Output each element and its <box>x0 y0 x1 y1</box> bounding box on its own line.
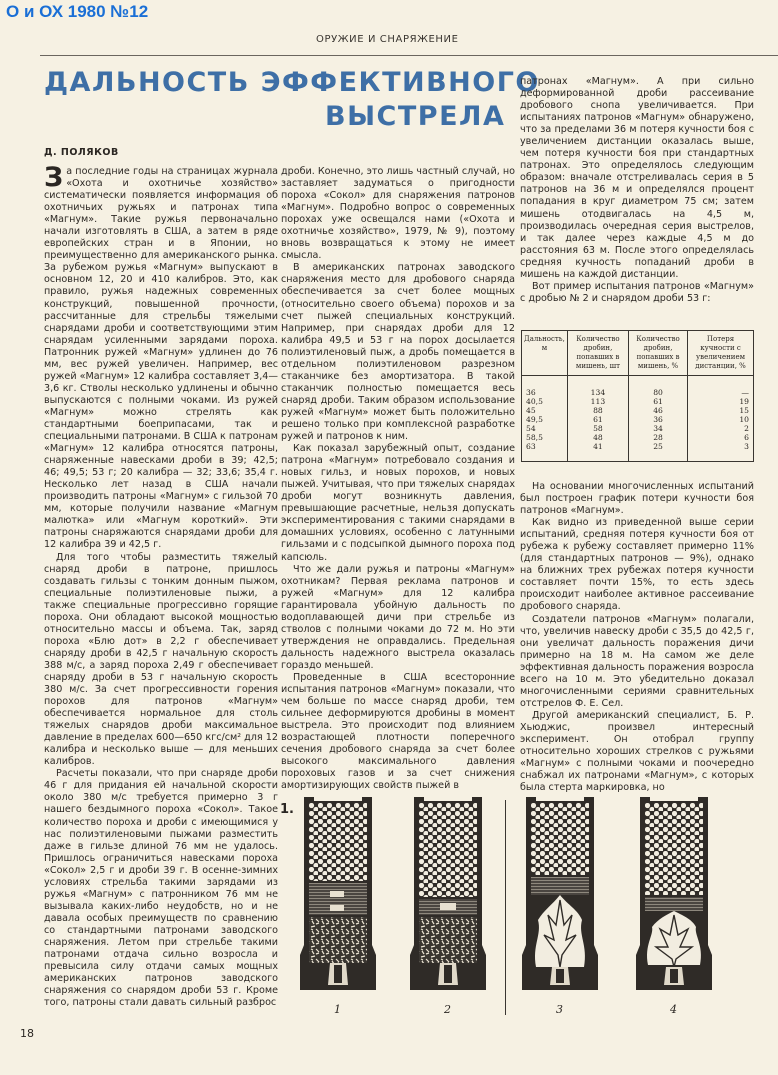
paragraph: Как видно из приведенной выше серии испы… <box>520 517 754 613</box>
paragraph: Создатели патронов «Магнум» полагали, чт… <box>520 614 754 710</box>
table-row: 6341253 <box>522 442 754 451</box>
paragraph: Для того чтобы разместить тяжелый снаряд… <box>44 552 278 769</box>
figure-label: 1. <box>280 802 294 817</box>
table-row: 3613480— <box>522 388 754 397</box>
paragraph: Вот пример испытания патронов «Магнум» с… <box>520 281 754 305</box>
drop-cap: З <box>44 167 63 189</box>
table-row: 45884615 <box>522 406 754 415</box>
table-row: 58,548286 <box>522 433 754 442</box>
paragraph: Как показал зарубежный опыт, создание па… <box>281 443 515 563</box>
paragraph: Расчеты показали, что при снаряде дроби … <box>44 768 278 1009</box>
page-number: 18 <box>20 1027 34 1040</box>
section-rubric: ОРУЖИЕ И СНАРЯЖЕНИЕ <box>316 34 459 45</box>
paragraph: Что же дали ружья и патроны «Магнум» охо… <box>281 564 515 672</box>
table-header: Количество дробин, попавших в мишень, % <box>629 331 688 376</box>
paragraph: Другой американский специалист, Б. Р. Хь… <box>520 710 754 794</box>
column-3-bottom: На основании многочисленных испытаний бы… <box>520 481 754 794</box>
journal-watermark: О и ОХ 1980 №12 <box>6 2 148 22</box>
paragraph: В американских патронах заводского снаря… <box>281 262 515 443</box>
column-1: За последние годы на страницах журнала «… <box>44 166 278 1009</box>
cartridge-illustration-4 <box>636 795 712 995</box>
cartridge-number: 2 <box>444 1003 451 1016</box>
cartridge-number: 1 <box>334 1003 341 1016</box>
paragraph: патронах «Магнум». А при сильно деформир… <box>520 76 754 281</box>
paragraph: На основании многочисленных испытаний бы… <box>520 481 754 517</box>
paragraph: Проведенные в США всесторонние испытания… <box>281 672 515 792</box>
cartridge-illustration-1 <box>300 795 376 995</box>
table-row: 5458342 <box>522 424 754 433</box>
column-2: дроби. Конечно, это лишь частный случай,… <box>281 166 515 792</box>
article-title-line2: ВЫСТРЕЛА <box>325 101 505 132</box>
article-author: Д. ПОЛЯКОВ <box>44 147 119 158</box>
cartridge-number: 4 <box>670 1003 677 1016</box>
table-row: 40,51136119 <box>522 397 754 406</box>
column-3-top: патронах «Магнум». А при сильно деформир… <box>520 76 754 305</box>
cartridge-illustration-2 <box>410 795 486 995</box>
paragraph: За последние годы на страницах журнала «… <box>44 166 278 552</box>
paragraph: дроби. Конечно, это лишь частный случай,… <box>281 166 515 262</box>
test-results-table: Дальность, м Количество дробин, попавших… <box>521 330 754 462</box>
article-title-line1: ДАЛЬНОСТЬ ЭФФЕКТИВНОГО <box>44 67 540 98</box>
table-header: Количество дробин, попавших в мишень, шт <box>567 331 628 376</box>
header-rule <box>40 55 778 56</box>
figure-divider <box>505 800 506 1015</box>
table-header: Потеря кучности с увеличением дистанции,… <box>688 331 754 376</box>
cartridge-illustration-3 <box>522 795 598 995</box>
table-header: Дальность, м <box>522 331 568 376</box>
table-row: 49,5613610 <box>522 415 754 424</box>
cartridge-number: 3 <box>556 1003 563 1016</box>
